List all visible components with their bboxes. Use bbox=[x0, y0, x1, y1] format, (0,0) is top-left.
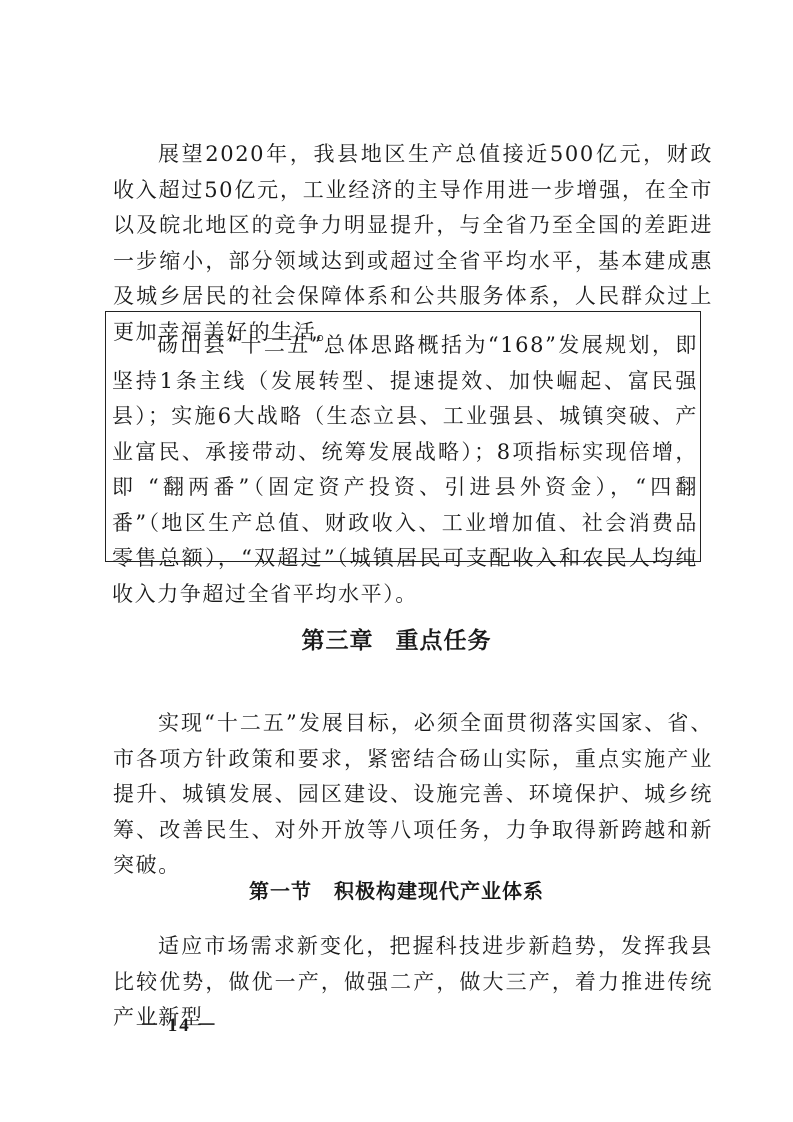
section-number: 第一节 bbox=[249, 879, 312, 903]
paragraph-chapter-intro: 实现“十二五”发展目标，必须全面贯彻落实国家、省、市各项方针政策和要求，紧密结合… bbox=[113, 706, 713, 884]
document-page: 展望2020年，我县地区生产总值接近500亿元，财政收入超过50亿元，工业经济的… bbox=[0, 0, 793, 1122]
chapter-title: 重点任务 bbox=[396, 628, 492, 654]
page-number: － 14 － bbox=[140, 1010, 219, 1037]
paragraph-168-plan-summary: 砀山县“十二五”总体思路概括为“168”发展规划，即坚持1条主线（发展转型、提速… bbox=[112, 328, 698, 612]
summary-box: 砀山县“十二五”总体思路概括为“168”发展规划，即坚持1条主线（发展转型、提速… bbox=[105, 311, 701, 562]
chapter-heading: 第三章重点任务 bbox=[0, 622, 793, 655]
chapter-number: 第三章 bbox=[302, 628, 374, 654]
section-heading: 第一节积极构建现代产业体系 bbox=[0, 875, 793, 904]
section-title: 积极构建现代产业体系 bbox=[334, 879, 544, 903]
